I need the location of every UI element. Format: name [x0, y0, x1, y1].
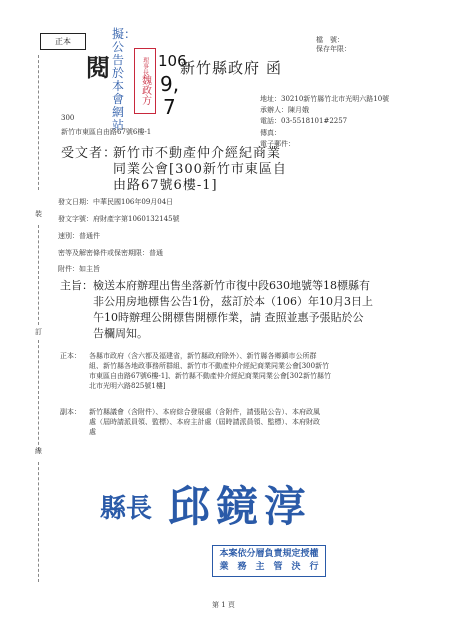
stamp-title: 理事長 [142, 57, 149, 75]
secrecy-level: 密等及解密條件或保密期限：普通 [58, 249, 163, 258]
sender-fax: 傳真： [260, 129, 281, 138]
recipient-line-2: 同業公會[300新竹市東區自 [113, 162, 287, 177]
binding-line-lower [38, 340, 39, 450]
binding-line-bottom [38, 462, 39, 582]
subject-line-2: 非公用房地標售公告1份，茲訂於本（106）年10月3日上 [93, 295, 373, 308]
sender-contact: 承辦人：陳月娥 [260, 106, 309, 115]
handwritten-month: 9, [160, 72, 179, 96]
cc-copy-line-1: 新竹縣議會（含附件）、本府綜合發展處（含附件，請張貼公告）、本府政風 [89, 408, 320, 417]
doc-type: 函 [266, 57, 281, 78]
subject-line-3: 午10時辦理公開標售開標作業，請 查照並惠予張貼於公 [93, 311, 364, 324]
sender-phone: 電話：03-5518101#2257 [260, 117, 347, 126]
retention-label: 保存年限： [316, 45, 351, 54]
binding-line-top [38, 55, 39, 190]
handwritten-day: 7 [163, 95, 176, 119]
page-number: 第 1 頁 [212, 601, 235, 610]
received-stamp: 理事長 魏政方 [134, 48, 156, 114]
delegation-stamp: 本案依分層負責規定授權 業 務 主 管 決 行 [212, 545, 326, 577]
read-mark: 閱 [86, 48, 110, 83]
signature-name: 邱鏡淳 [168, 474, 312, 534]
subject-line-1: 檢送本府辦理出售坐落新竹市復中段630地號等18標縣有 [93, 279, 370, 292]
delegation-line-1: 本案依分層負責規定授權 [213, 548, 325, 561]
cc-main-line-2: 組、新竹縣各地政事務所群組、新竹市不動產仲介經紀商業同業公會[300新竹 [89, 362, 329, 371]
recipient-postal-code: 300 [61, 114, 74, 123]
cc-copy-line-3: 處 [89, 428, 96, 437]
cc-main-line-3: 市東區自由路67號6樓-1]、新竹縣不動產仲介經紀商業同業公會[302新竹縣竹 [89, 372, 331, 381]
subject-line-4: 告欄周知。 [93, 327, 148, 340]
attachment: 附件：如主旨 [58, 265, 100, 274]
issue-date: 發文日期：中華民國106年09月04日 [58, 198, 173, 207]
recipient-line-3: 由路67號6樓-1] [113, 178, 218, 193]
agency-title: 新竹縣政府 [180, 57, 260, 78]
cc-main-line-4: 北市光明六路825號1樓] [89, 382, 166, 391]
handwritten-note: 擬：公告於本會網站 [112, 28, 126, 132]
copy-type-box: 正本 [40, 33, 86, 50]
recipient-line-1: 新竹市不動產仲介經紀商業 [113, 146, 281, 161]
cc-copy-line-2: 處（屆時請派員領、監標）、本府主計處（屆時請派員領、監標）、本府財政 [89, 418, 320, 427]
binding-mark-ding: 訂 [35, 328, 42, 337]
delegation-line-2: 業 務 主 管 決 行 [213, 561, 325, 574]
cc-main-line-1: 各縣市政府（含六都及福建省，新竹縣政府除外）、新竹縣各鄉鎮市公所群 [89, 352, 317, 361]
binding-mark-xian: 線 [35, 447, 42, 456]
cc-main-label: 正本： [60, 352, 81, 361]
signature-title: 縣長 [100, 488, 152, 525]
stamp-name: 魏政方 [140, 75, 151, 105]
binding-line-mid [38, 225, 39, 325]
subject-label: 主旨： [60, 279, 93, 292]
cc-copy-label: 副本： [60, 408, 81, 417]
binding-mark-zhuang: 裝 [35, 210, 42, 219]
reference-number: 發文字號：府財產字第1060132145號 [58, 215, 180, 224]
recipient-address: 新竹市東區自由路67號6樓-1 [61, 128, 151, 137]
sender-address: 地址：30210新竹縣竹北市光明六路10號 [260, 95, 389, 104]
recipient-label: 受文者： [61, 146, 117, 161]
delivery-speed: 速別：普通件 [58, 232, 100, 241]
archive-number-label: 檔 號： [316, 36, 344, 45]
